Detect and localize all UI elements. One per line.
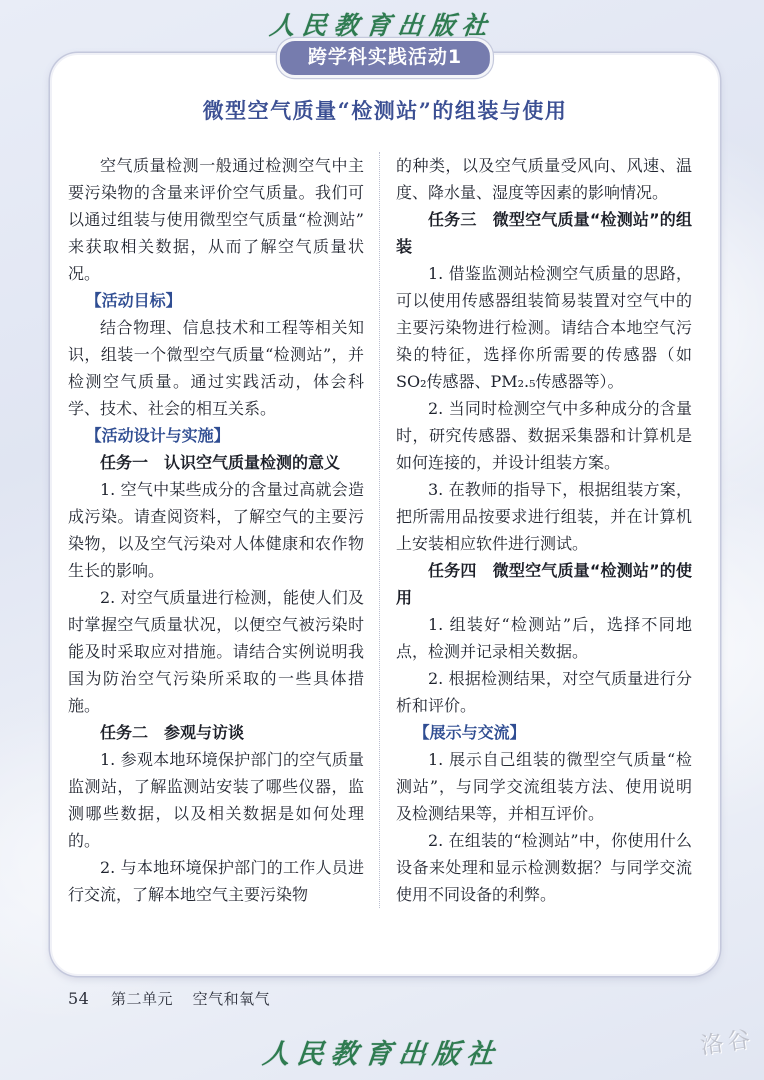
publisher-logo-bottom: 人民教育出版社 — [0, 1032, 764, 1071]
page-number: 54 — [68, 989, 89, 1008]
task-four-item-2: 2. 根据检测结果，对空气质量进行分析和评价。 — [396, 665, 692, 719]
unit-title: 空气和氧气 — [193, 990, 271, 1008]
task-four-item-1: 1. 组装好“检测站”后，选择不同地点，检测并记录相关数据。 — [396, 611, 692, 665]
page-footer: 54 第二单元 空气和氧气 — [68, 988, 270, 1009]
task-two-item-2: 2. 与本地环境保护部门的工作人员进行交流，了解本地空气主要污染物 — [68, 854, 364, 908]
content-card: 跨学科实践活动1 微型空气质量“检测站”的组装与使用 空气质量检测一般通过检测空… — [50, 53, 720, 976]
unit-label: 第二单元 — [111, 990, 173, 1008]
task-three-item-3: 3. 在教师的指导下，根据组装方案，把所需用品按要求进行组装，并在计算机上安装相… — [396, 476, 692, 557]
task-three-item-2: 2. 当同时检测空气中多种成分的含量时，研究传感器、数据采集器和计算机是如何连接… — [396, 395, 692, 476]
page-title: 微型空气质量“检测站”的组装与使用 — [52, 95, 718, 125]
section-show-exchange: 【展示与交流】 — [396, 719, 692, 746]
task-two-heading: 任务二 参观与访谈 — [68, 719, 364, 746]
section-activity-goal: 【活动目标】 — [68, 287, 364, 314]
left-column: 空气质量检测一般通过检测空气中主要污染物的含量来评价空气质量。我们可以通过组装与… — [68, 152, 379, 908]
task-three-heading: 任务三 微型空气质量“检测站”的组装 — [396, 206, 692, 260]
task-one-item-1: 1. 空气中某些成分的含量过高就会造成污染。请查阅资料，了解空气的主要污染物，以… — [68, 476, 364, 584]
right-column: 的种类，以及空气质量受风向、风速、温度、降水量、湿度等因素的影响情况。 任务三 … — [379, 152, 692, 908]
activity-badge: 跨学科实践活动1 — [277, 38, 493, 78]
section-design-implement: 【活动设计与实施】 — [68, 422, 364, 449]
task-three-item-1: 1. 借鉴监测站检测空气质量的思路，可以使用传感器组装简易装置对空气中的主要污染… — [396, 260, 692, 395]
publisher-logo-top: 人民教育出版社 — [0, 6, 764, 42]
task-four-heading: 任务四 微型空气质量“检测站”的使用 — [396, 557, 692, 611]
task-one-heading: 任务一 认识空气质量检测的意义 — [68, 449, 364, 476]
task-two-item-2-continued: 的种类，以及空气质量受风向、风速、温度、降水量、湿度等因素的影响情况。 — [396, 152, 692, 206]
paragraph-goal: 结合物理、信息技术和工程等相关知识，组装一个微型空气质量“检测站”，并检测空气质… — [68, 314, 364, 422]
article-columns: 空气质量检测一般通过检测空气中主要污染物的含量来评价空气质量。我们可以通过组装与… — [68, 152, 702, 908]
exchange-item-1: 1. 展示自己组装的微型空气质量“检测站”，与同学交流组装方法、使用说明及检测结… — [396, 746, 692, 827]
task-one-item-2: 2. 对空气质量进行检测，能使人们及时掌握空气质量状况，以便空气被污染时能及时采… — [68, 584, 364, 719]
task-two-item-1: 1. 参观本地环境保护部门的空气质量监测站，了解监测站安装了哪些仪器，监测哪些数… — [68, 746, 364, 854]
paragraph-intro: 空气质量检测一般通过检测空气中主要污染物的含量来评价空气质量。我们可以通过组装与… — [68, 152, 364, 287]
exchange-item-2: 2. 在组装的“检测站”中，你使用什么设备来处理和显示检测数据？与同学交流使用不… — [396, 827, 692, 908]
